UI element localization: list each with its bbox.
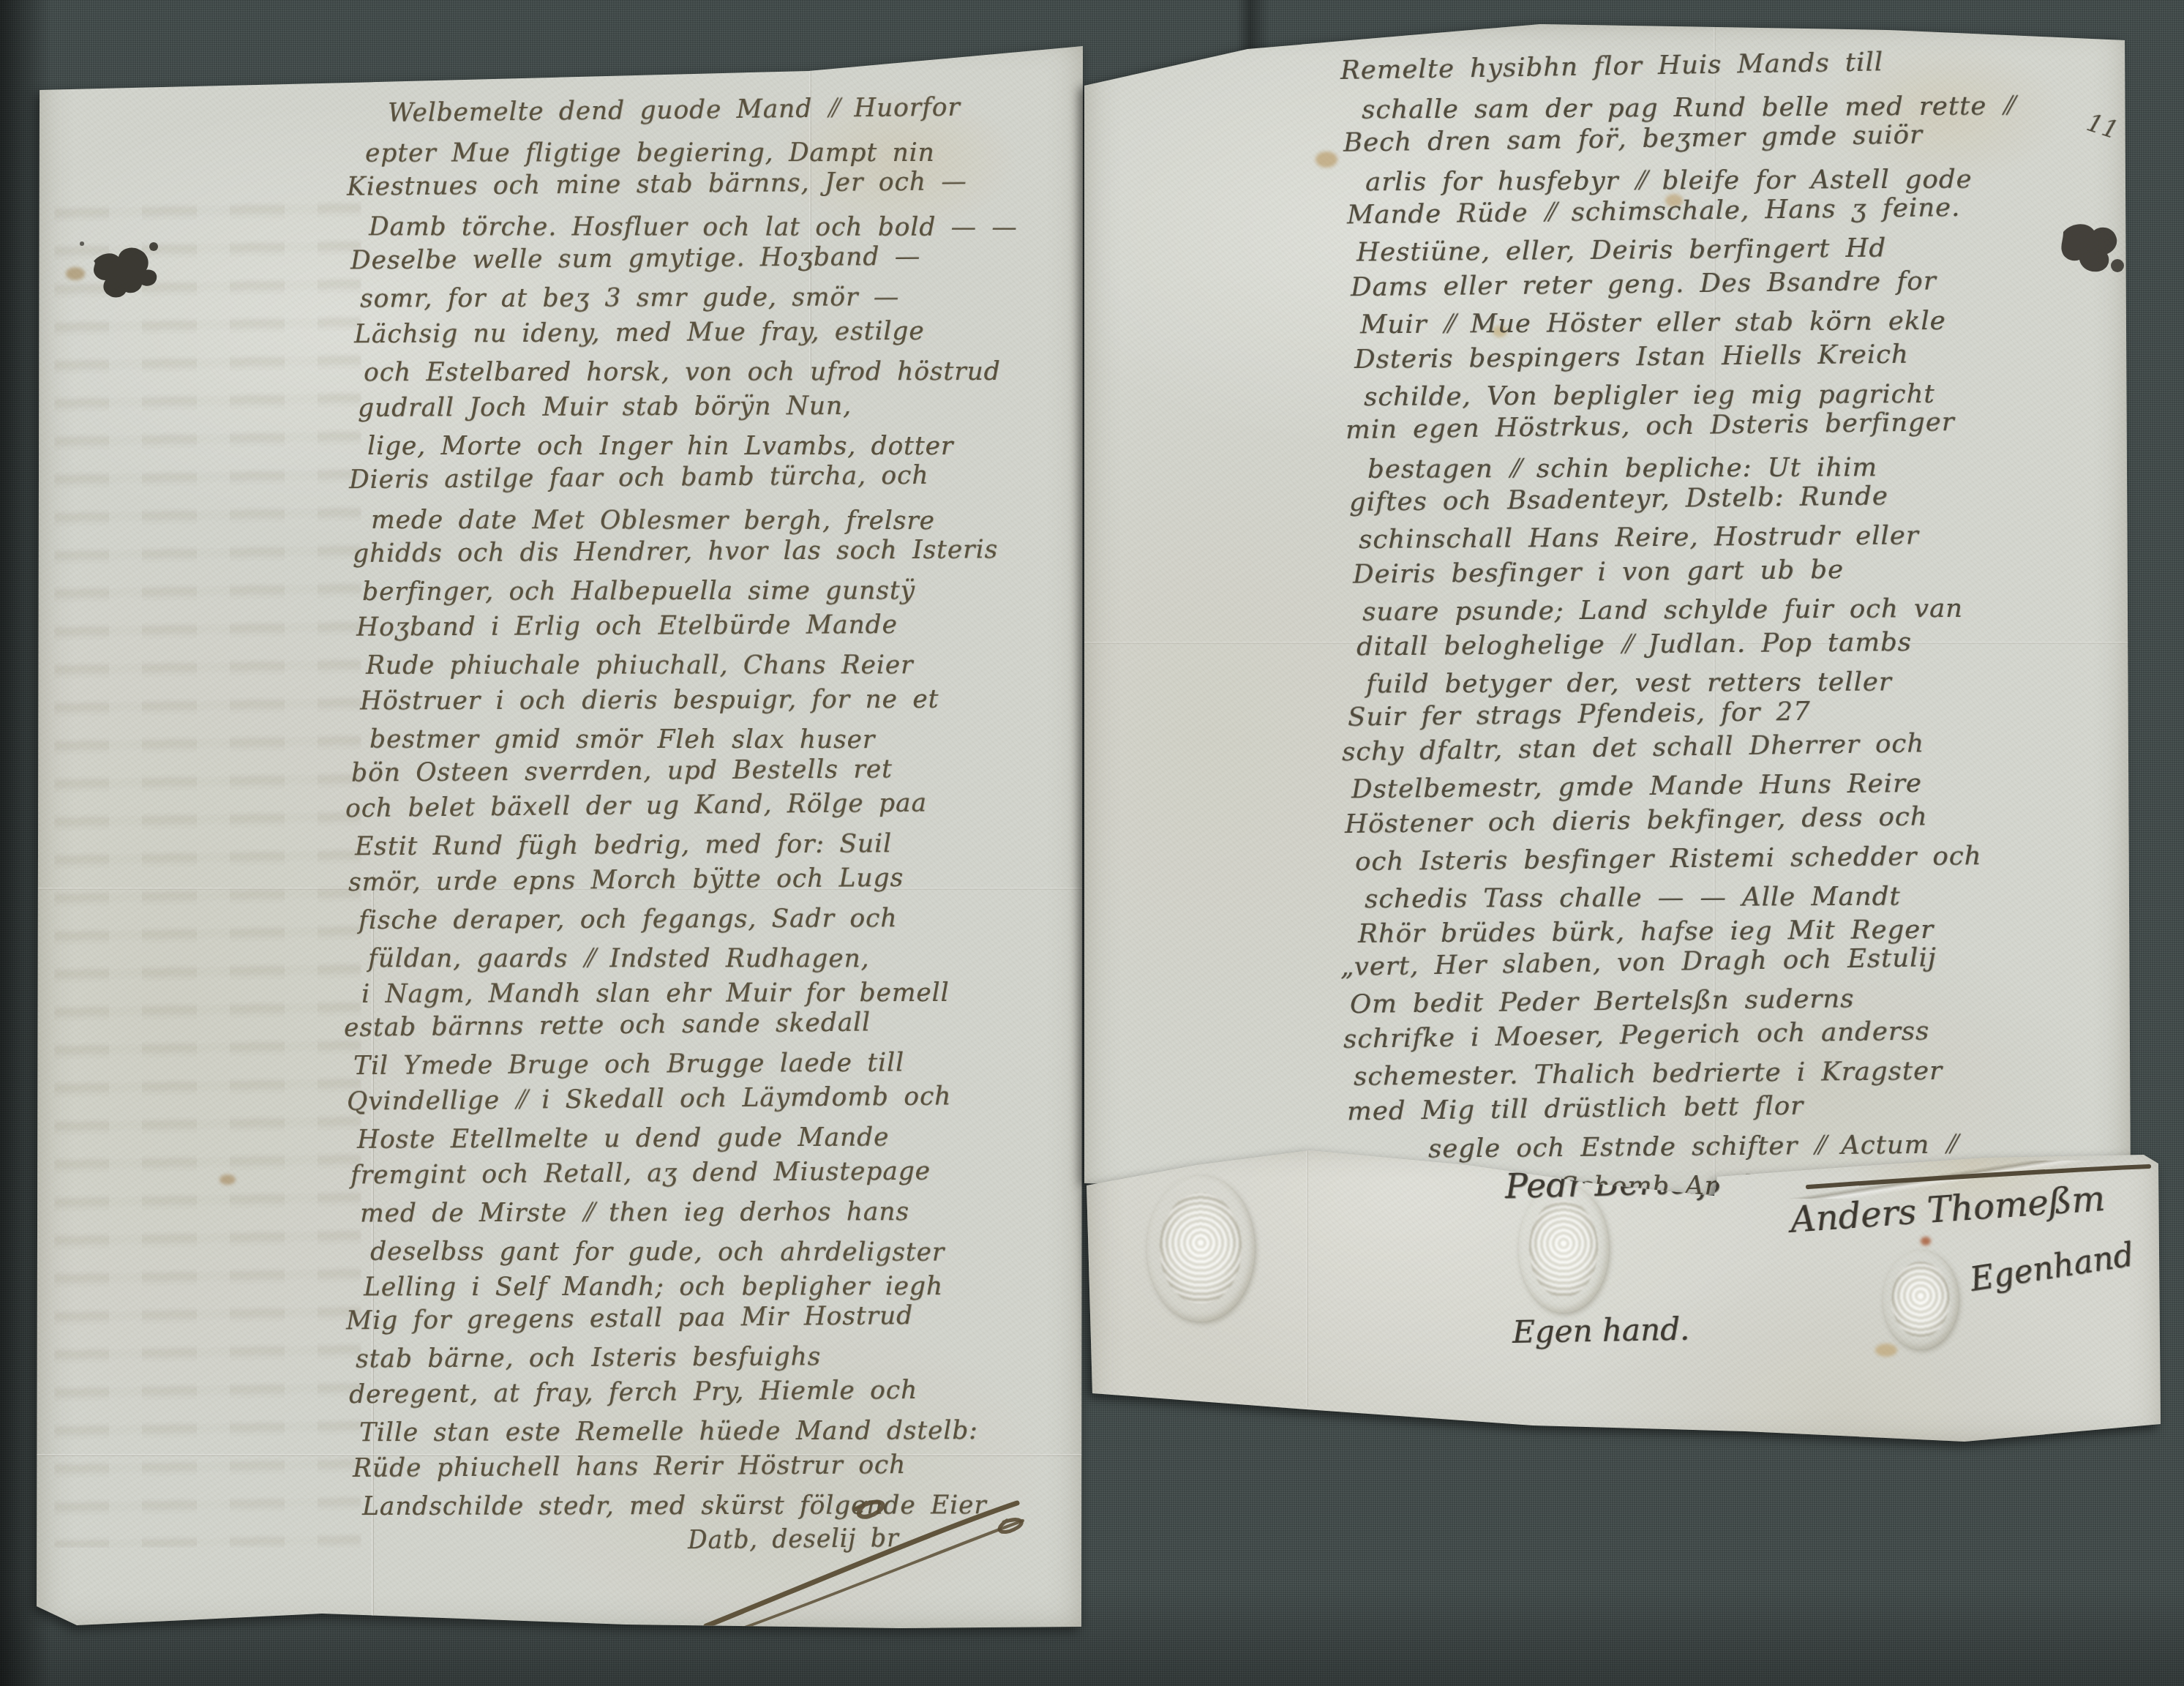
- handwritten-line: med de Mirste ⫽ then ieg derhos hans: [360, 1194, 1050, 1232]
- handwritten-line: gudrall Joch Muir stab börÿn Nun,: [358, 387, 1051, 427]
- handwritten-line: Mig for gregens estall paa Mir Hostrud: [346, 1296, 1050, 1339]
- handwritten-line: Deselbe welle sum gmytige. Hoʒband —: [350, 237, 1050, 279]
- annotation-egen-hand: Egen hand.: [1512, 1311, 1690, 1350]
- left-page-paper: Welbemelte dend guode Mand ⫽ Huorforepte…: [37, 33, 1084, 1633]
- handwritten-line: berfinger, och Halbepuella sime gunstÿ: [362, 572, 1050, 610]
- foxing-stain: [1316, 151, 1337, 168]
- signature-peder-bertelsen: Pedr Bertelß: [1504, 1161, 1722, 1206]
- handwritten-line: Dsteris bespingers Istan Hiells Kreich: [1354, 334, 2113, 378]
- embossed-seal-3: [1883, 1250, 1959, 1349]
- handwritten-line: Deiris besfinger i von gart ub be: [1353, 549, 2113, 593]
- handwritten-line: och belet bäxell der ug Kand, Rölge paa: [345, 784, 1050, 827]
- handwritten-line: ditall beloghelige ⫽ Judlan. Pop tambs: [1356, 623, 2113, 665]
- handwritten-line: och Estelbared horsk, von och ufrod höst…: [364, 353, 1050, 391]
- foxing-stain: [1875, 1344, 1897, 1357]
- handwritten-line: Qvindellige ⫽ i Skedall och Läymdomb och: [347, 1077, 1050, 1120]
- seal-strip: Pedr Bertelß Egen hand. Anders Thomeßm E…: [1087, 1140, 2166, 1447]
- handwritten-line: fische deraper, och fegangs, Sadr och: [359, 899, 1051, 939]
- handwritten-line: Dams eller reter geng. Des Bsandre for: [1351, 261, 2113, 305]
- handwritten-line: deselbss gant for gude, och ahrdeligster: [370, 1234, 1050, 1271]
- left-page: Welbemelte dend guode Mand ⫽ Huorforepte…: [37, 33, 1084, 1633]
- handwritten-line: Welbemelte dend guode Mand ⫽ Huorfor: [388, 89, 1051, 132]
- handwritten-line: füldan, gaards ⫽ Indsted Rudhagen,: [368, 940, 1050, 977]
- bleed-through-text: [54, 187, 361, 1548]
- handwritten-line: Tille stan este Remelle hüede Mand dstel…: [359, 1412, 1050, 1451]
- handwritten-line: ghidds och dis Hendrer, hvor las soch Is…: [353, 531, 1050, 572]
- embossed-seal-1: [1147, 1175, 1255, 1322]
- handwritten-line: Dieris astilge faar och bamb türcha, och: [349, 457, 1050, 499]
- foxing-stain: [219, 1174, 236, 1185]
- right-page-paper: 11 Remelte hysibhn flor Huis Mands tills…: [1083, 18, 2131, 1207]
- handwritten-line: Lächsig nu ideny, med Mue fray, estilge: [354, 312, 1050, 353]
- handwritten-line: smör, urde epns Morch bÿtte och Lugs: [348, 858, 1050, 901]
- handwritten-line: estab bärnns rette och sande skedall: [344, 1003, 1050, 1046]
- handwritten-line: Kiestnues och mine stab bärnns, Jer och …: [347, 162, 1050, 206]
- right-page: 11 Remelte hysibhn flor Huis Mands tills…: [1083, 18, 2131, 1207]
- handwritten-line: Hoʒband i Erlig och Etelbürde Mande: [356, 606, 1051, 646]
- handwritten-line: fremgint och Retall, aʒ dend Miustepage: [350, 1152, 1050, 1194]
- handwritten-line: somr, for at beӡ 3 smr gude, smör —: [360, 279, 1050, 318]
- handwritten-line: deregent, at fray, ferch Pry, Hiemle och: [349, 1371, 1050, 1414]
- left-page-text: Welbemelte dend guode Mand ⫽ Huorforepte…: [344, 97, 1083, 1561]
- handwritten-line: Höstruer i och dieris bespuigr, for ne e…: [360, 681, 1050, 719]
- handwritten-line: och Isteris besfinger Ristemi schedder o…: [1355, 837, 2113, 880]
- archive-photo-manuscript: Welbemelte dend guode Mand ⫽ Huorforepte…: [0, 0, 2184, 1686]
- right-page-text: Remelte hysibhn flor Huis Mands tillscha…: [1340, 55, 2123, 1202]
- signature-flourish: [673, 1471, 1083, 1654]
- handwritten-line: Rude phiuchale phiuchall, Chans Reier: [366, 647, 1050, 684]
- ink-blot: [66, 216, 205, 318]
- seal-strip-paper: Pedr Bertelß Egen hand. Anders Thomeßm E…: [1087, 1140, 2166, 1447]
- foxing-stain: [1921, 1237, 1931, 1245]
- vertical-fold-crease: [1306, 1150, 1308, 1406]
